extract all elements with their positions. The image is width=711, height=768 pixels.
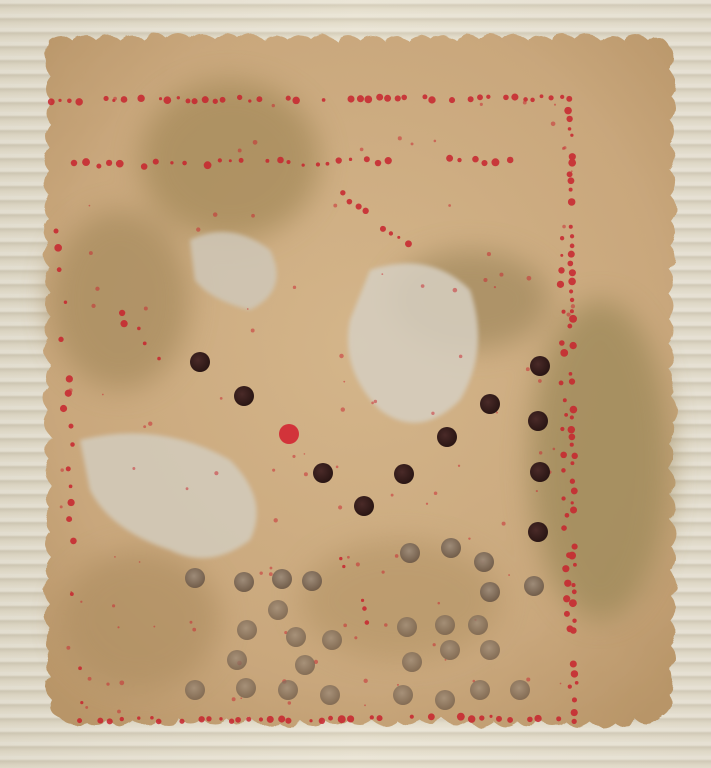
stamp-back-image — [0, 0, 711, 768]
photo-scene — [0, 0, 711, 768]
